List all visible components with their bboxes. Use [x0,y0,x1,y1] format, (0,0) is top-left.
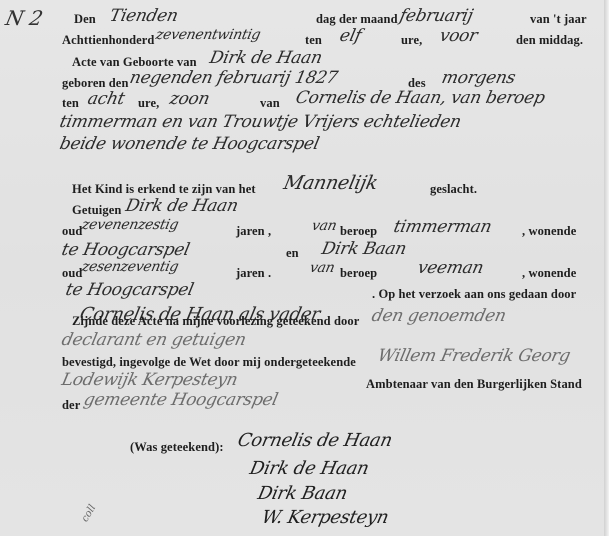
signature-1: Cornelis de Haan [236,430,394,451]
printed-beroep-2: beroep [340,266,377,281]
printed-oud: oud [62,224,82,239]
hw-witness1-residence: te Hoogcarspel [60,240,191,260]
hw-time-of-day: morgens [440,68,517,88]
page-edge [604,0,609,536]
hw-witness2-age: zesenzeventig [80,259,180,275]
hw-witness2-residence: te Hoogcarspel [64,280,195,300]
printed-jaren-2: jaren . [236,266,271,281]
printed-ambtenaar: Ambtenaar van den Burgerlijken Stand [366,377,582,392]
signature-2: Dirk de Haan [248,458,371,479]
printed-op-het-verzoek: . Op het verzoek aan ons gedaan door [372,287,576,302]
printed-van: van [260,96,280,111]
hw-day: Tienden [108,6,180,26]
printed-en: en [286,246,299,261]
printed-jaren: jaren , [236,224,271,239]
hw-sex: Mannelijk [282,172,380,194]
printed-was-geteekend: (Was geteekend): [130,440,224,455]
hw-birth-date: negenden februarij 1827 [128,68,340,88]
entry-number: N 2 [3,6,45,30]
printed-ure: ure, [401,33,422,48]
printed-ten: ten [305,33,322,48]
hw-relation: zoon [168,89,211,109]
hw-witness1-van: van [310,218,338,234]
signature-4: W. Kerpesteyn [260,507,391,528]
hw-parents-line2: timmerman en van Trouwtje Vrijers echtel… [58,112,463,132]
printed-getuigen: Getuigen [72,203,121,218]
signature-3: Dirk Baan [256,483,349,504]
hw-witness2-van: van [308,260,336,276]
hw-witness2-name: Dirk Baan [320,239,408,259]
margin-note: coll [80,503,99,524]
hw-witness1-name: Dirk de Haan [124,196,240,216]
hw-signed-by-1: den genoemden [370,306,508,326]
hw-month: februarij [398,6,475,26]
hw-official-1: Willem Frederik Georg [376,346,572,366]
hw-hour: elf [338,26,363,46]
printed-van-t-jaar: van 't jaar [530,12,587,27]
printed-oud-2: oud [62,266,82,281]
printed-kind-erkend: Het Kind is erkend te zijn van het [72,182,256,197]
printed-dag-der-maand: dag der maand [316,12,398,27]
printed-ure-2: ure, [138,96,159,111]
printed-den-middag: den middag. [516,33,583,48]
printed-bevestigd: bevestigd, ingevolge de Wet door mij ond… [62,355,356,370]
hw-witness1-age: zevenenzestig [80,217,180,233]
register-page: N 2 Den Tienden dag der maand februarij … [0,0,604,536]
hw-official-2: Lodewijk Kerpesteyn [60,370,240,390]
printed-ten-2: ten [62,96,79,111]
printed-wonende-2: , wonende [522,266,576,281]
hw-birth-hour: acht [86,89,127,109]
hw-signed-by-2: declarant en getuigen [60,330,248,350]
printed-achttienhonderd: Achttienhonderd [62,33,154,48]
hw-child-name: Dirk de Haan [208,48,324,68]
printed-den: Den [74,12,96,27]
hw-year: zevenentwintig [154,27,262,43]
hw-before-after: voor [438,26,479,46]
hw-witness1-occupation: timmerman [392,217,493,237]
printed-der: der [62,398,80,413]
printed-zijnde-deze-acte: Zijnde deze Acte na mijne voorlezing get… [72,314,359,329]
hw-parents-line3: beide wonende te Hoogcarspel [58,134,321,154]
printed-beroep: beroep [340,224,377,239]
hw-witness2-occupation: veeman [416,258,485,278]
hw-municipality: gemeente Hoogcarspel [82,390,280,410]
printed-geslacht: geslacht. [430,182,477,197]
hw-father: Cornelis de Haan, van beroep [294,88,547,108]
printed-wonende: , wonende [522,224,576,239]
